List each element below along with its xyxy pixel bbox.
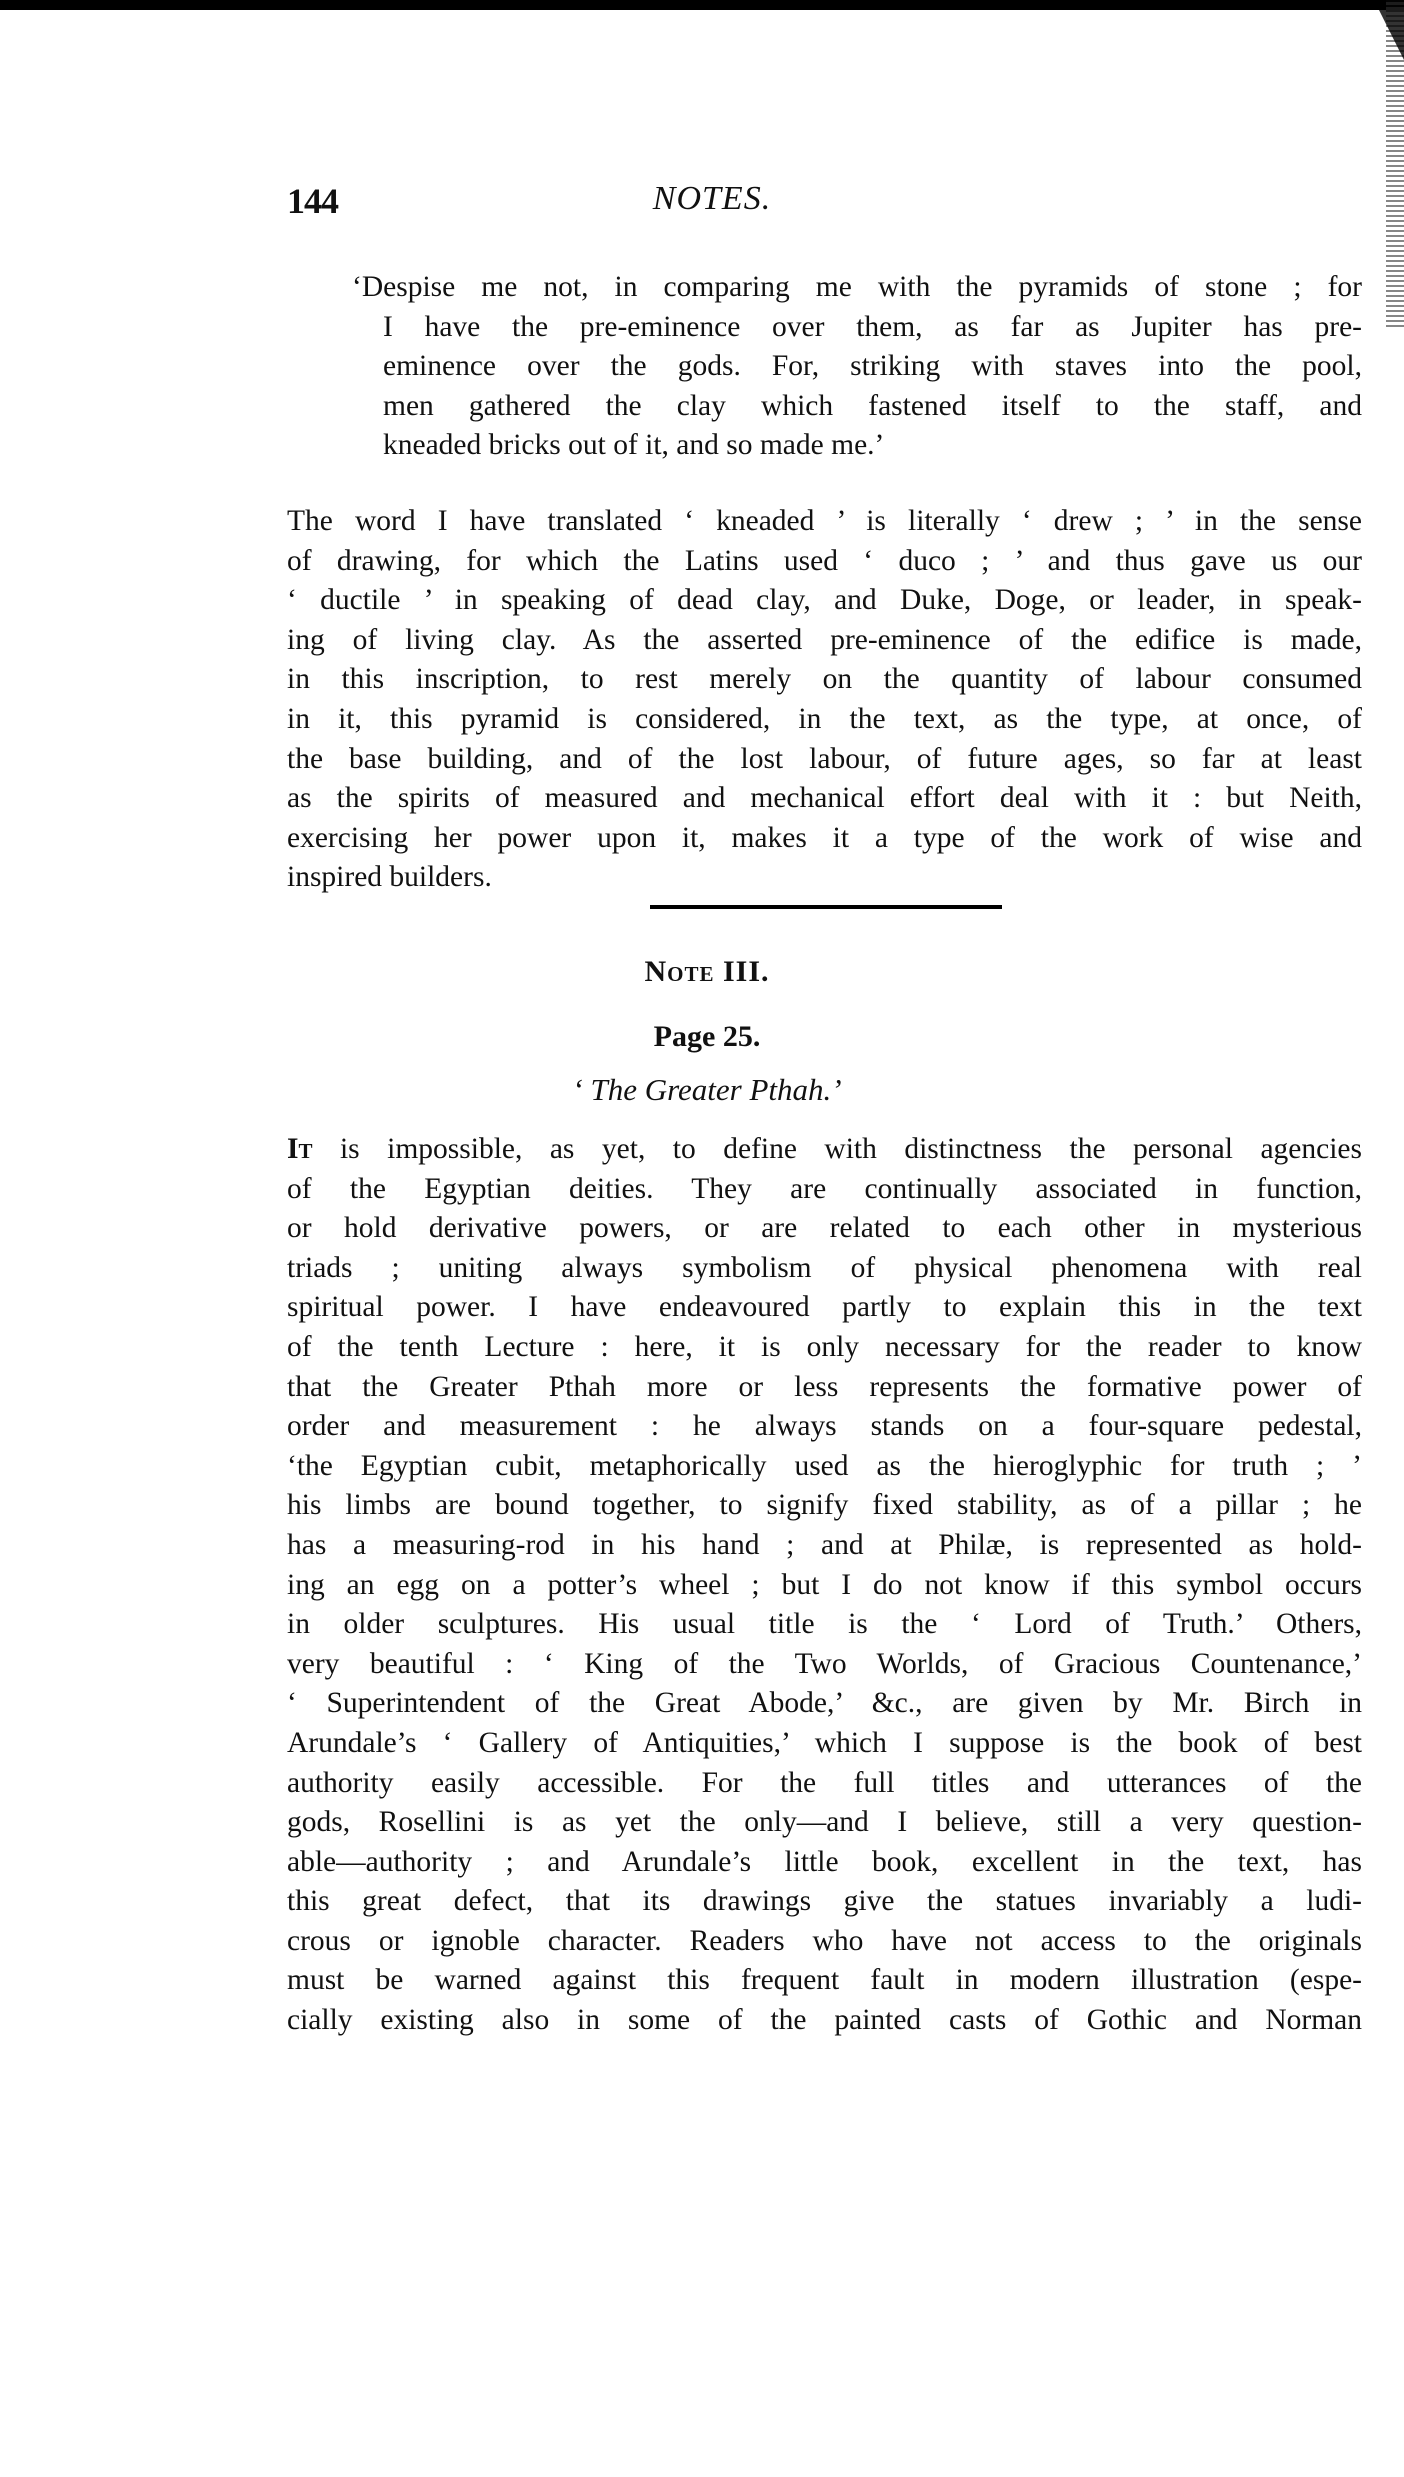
text-line: in this inscription, to rest merely on t… xyxy=(287,660,1362,700)
text-line: of the tenth Lecture : here, it is only … xyxy=(287,1328,1362,1368)
paragraph-kneaded: The word I have translated ‘ kneaded ’ i… xyxy=(287,502,1362,898)
text-line: ‘ Superintendent of the Great Abode,’ &c… xyxy=(287,1684,1362,1724)
text-line: in it, this pyramid is considered, in th… xyxy=(287,700,1362,740)
text-line: has a measuring-rod in his hand ; and at… xyxy=(287,1526,1362,1566)
page-reference: Page 25. xyxy=(0,1020,1404,1054)
text-line: ‘ ductile ’ in speaking of dead clay, an… xyxy=(287,581,1362,621)
quote-line: men gathered the clay which fastened its… xyxy=(352,387,1362,427)
lead-word: It xyxy=(287,1133,313,1165)
text-line: ing an egg on a potter’s wheel ; but I d… xyxy=(287,1566,1362,1606)
note-subtitle: ‘ The Greater Pthah.’ xyxy=(0,1072,1404,1108)
text-line: inspired builders. xyxy=(287,858,1362,898)
text-line: able—authority ; and Arundale’s little b… xyxy=(287,1843,1362,1883)
scan-top-border xyxy=(0,0,1404,10)
text-line: The word I have translated ‘ kneaded ’ i… xyxy=(287,502,1362,542)
text-line: Arundale’s ‘ Gallery of Antiquities,’ wh… xyxy=(287,1724,1362,1764)
quote-line: ‘Despise me not, in comparing me with th… xyxy=(352,268,1362,308)
text-line: exercising her power upon it, makes it a… xyxy=(287,819,1362,859)
text-line: as the spirits of measured and mechanica… xyxy=(287,779,1362,819)
text-line: in older sculptures. His usual title is … xyxy=(287,1605,1362,1645)
section-divider xyxy=(650,905,1002,909)
text-line: of the Egyptian deities. They are contin… xyxy=(287,1170,1362,1210)
text-line: his limbs are bound together, to signify… xyxy=(287,1486,1362,1526)
text-line: must be warned against this frequent fau… xyxy=(287,1961,1362,2001)
note-title: Note III. xyxy=(0,955,1404,989)
text-line: gods, Rosellini is as yet the only—and I… xyxy=(287,1803,1362,1843)
first-line-text: is impossible, as yet, to define with di… xyxy=(313,1133,1363,1165)
text-line: triads ; uniting always symbolism of phy… xyxy=(287,1249,1362,1289)
quote-line: I have the pre-eminence over them, as fa… xyxy=(352,308,1362,348)
text-line: very beautiful : ‘ King of the Two World… xyxy=(287,1645,1362,1685)
text-line: crous or ignoble character. Readers who … xyxy=(287,1922,1362,1962)
text-line: ‘the Egyptian cubit, metaphorically used… xyxy=(287,1447,1362,1487)
text-line: of drawing, for which the Latins used ‘ … xyxy=(287,542,1362,582)
text-line: ing of living clay. As the asserted pre-… xyxy=(287,621,1362,661)
quote-line: eminence over the gods. For, striking wi… xyxy=(352,347,1362,387)
text-line: cially existing also in some of the pain… xyxy=(287,2001,1362,2041)
text-line: this great defect, that its drawings giv… xyxy=(287,1882,1362,1922)
quote-line: kneaded bricks out of it, and so made me… xyxy=(352,426,1362,466)
text-line: spiritual power. I have endeavoured part… xyxy=(287,1288,1362,1328)
text-line: the base building, and of the lost labou… xyxy=(287,740,1362,780)
text-line: authority easily accessible. For the ful… xyxy=(287,1764,1362,1804)
text-line: or hold derivative powers, or are relate… xyxy=(287,1209,1362,1249)
paragraph-pthah: It is impossible, as yet, to define with… xyxy=(287,1130,1362,2041)
running-title: NOTES. xyxy=(0,180,1404,218)
text-line: order and measurement : he always stands… xyxy=(287,1407,1362,1447)
text-line: It is impossible, as yet, to define with… xyxy=(287,1130,1362,1170)
text-line: that the Greater Pthah more or less repr… xyxy=(287,1368,1362,1408)
inscription-quote: ‘Despise me not, in comparing me with th… xyxy=(352,268,1362,466)
